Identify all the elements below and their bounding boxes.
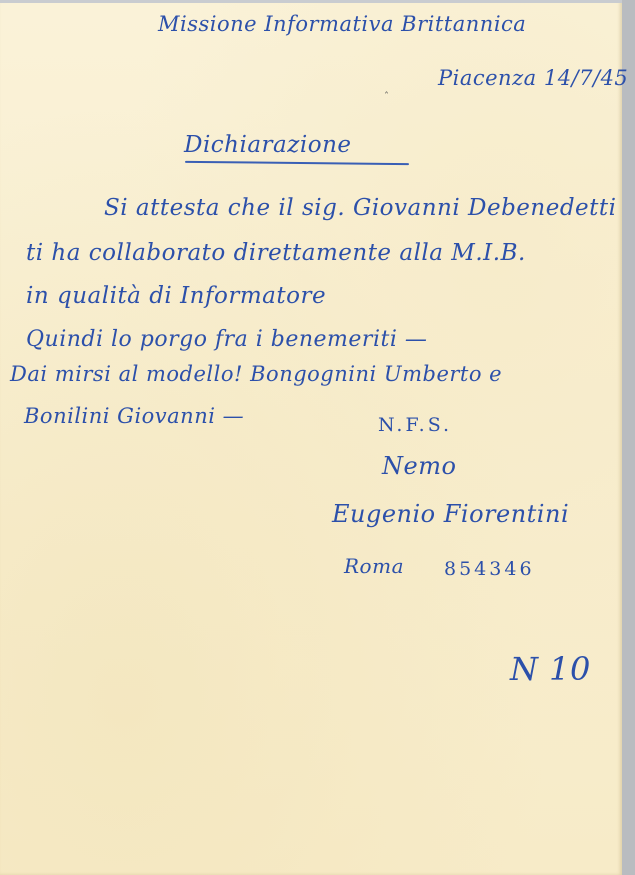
body-line-3: in qualità di Informatore: [26, 283, 326, 309]
body-line-6: Bonilini Giovanni —: [24, 404, 244, 428]
place-date: Piacenza 14/7/45: [438, 66, 628, 90]
letterhead-text: Missione Informativa Brittannica: [158, 12, 526, 36]
signer-alias: Nemo: [382, 452, 456, 480]
document-title: Dichiarazione: [184, 132, 352, 158]
document-page: Missione Informativa Brittannica Piacenz…: [0, 0, 622, 875]
signature: Eugenio Fiorentini: [332, 500, 569, 528]
ink-mark: ˆ: [384, 92, 390, 103]
body-line-1: Si attesta che il sig. Giovanni Debenede…: [104, 195, 617, 221]
body-line-4: Quindi lo porgo fra i benemeriti —: [26, 327, 427, 352]
body-line-2: ti ha collaborato direttamente alla M.I.…: [26, 240, 526, 266]
body-line-5: Dai mirsi al modello! Bongognini Umberto…: [10, 362, 502, 386]
nfs-label: N.F.S.: [378, 414, 452, 436]
document-number: N 10: [510, 650, 591, 688]
signer-city: Roma: [344, 554, 404, 578]
title-underline: [185, 161, 409, 165]
scan-edge: [0, 0, 622, 3]
signer-number: 854346: [444, 558, 535, 580]
